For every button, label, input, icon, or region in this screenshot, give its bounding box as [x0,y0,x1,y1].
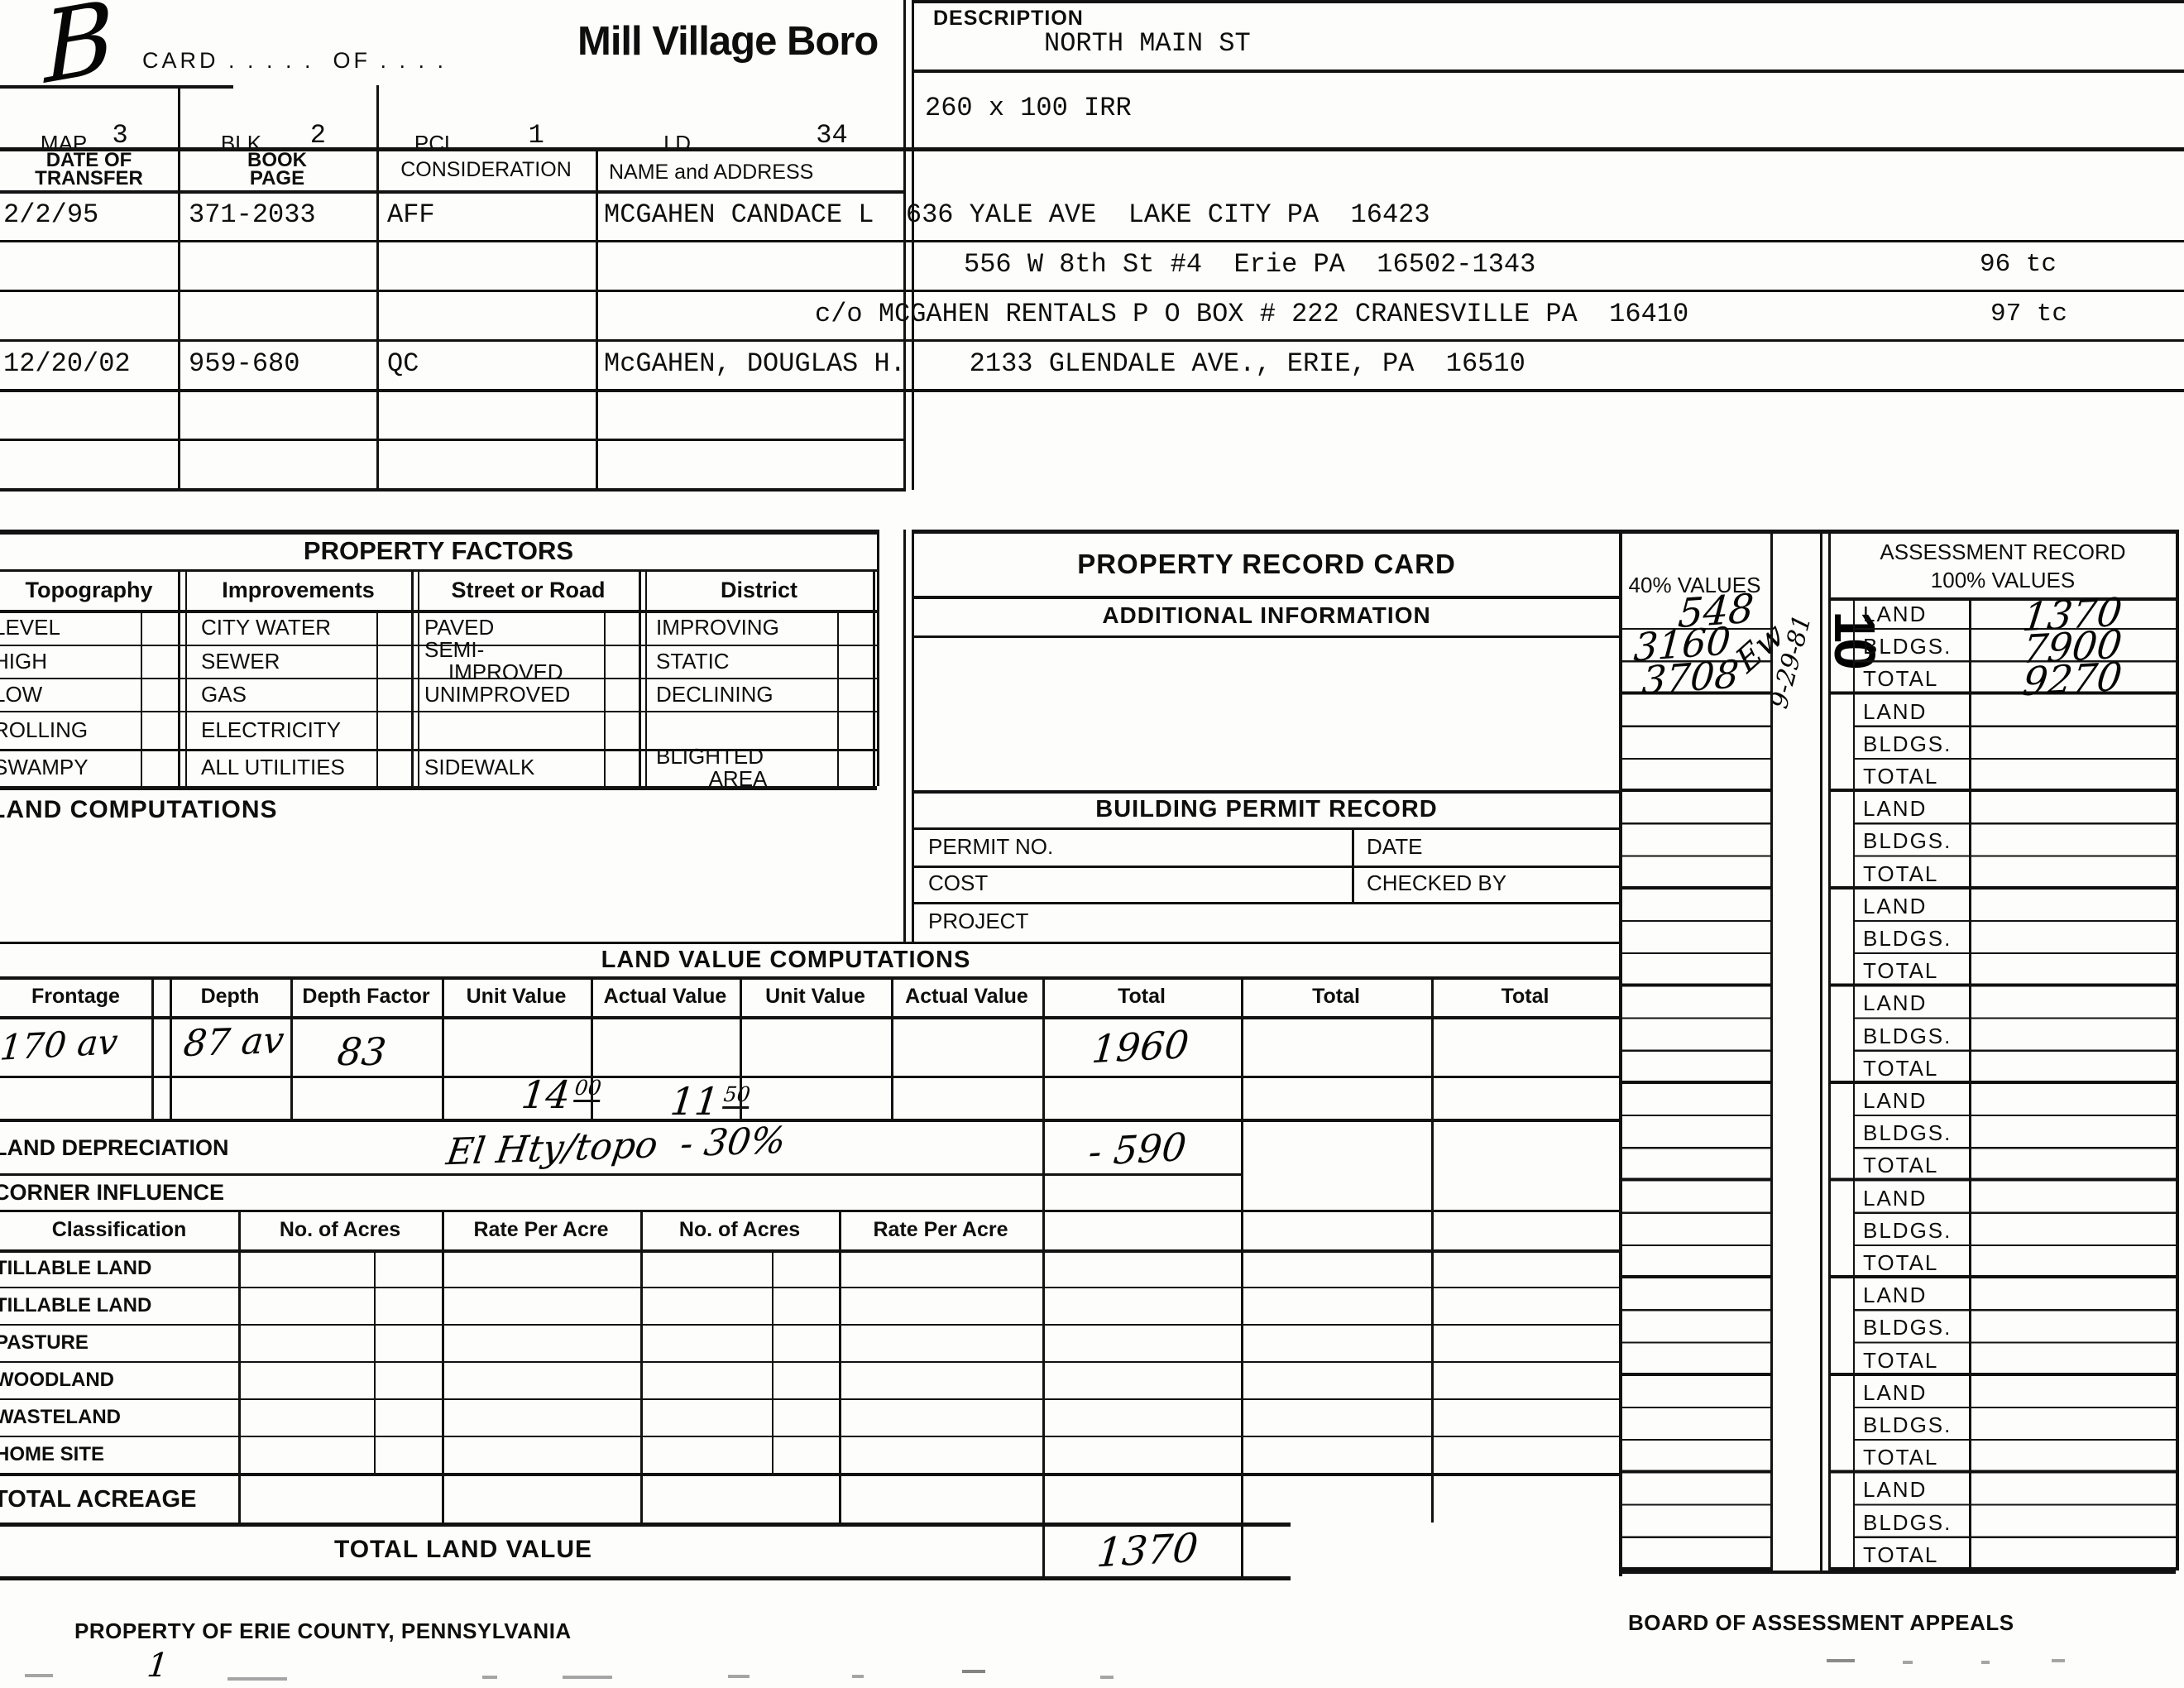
handwritten-card-letter: B [41,0,116,106]
grid-line [1820,530,1822,1571]
grid-line [914,827,1619,830]
assessment-label-total: TOTAL [1863,1052,1971,1084]
transfer-book-page [189,439,372,488]
grid-line [0,530,877,535]
id-value: 34 [816,120,847,151]
transfer-consideration: QC [387,339,590,389]
grid-line [604,610,606,786]
transfer-book-page: 371-2033 [189,190,372,240]
grid-line [912,530,914,942]
factor-item-topography-1: HIGH [0,645,138,678]
grid-line [0,1436,1619,1437]
transfer-date: 12/20/02 [3,339,173,389]
assessment-label-land: LAND [1863,1473,1971,1505]
land-computations-label: LAND COMPUTATIONS [0,796,278,824]
grid-line [0,1076,1619,1078]
grid-line [914,635,1619,638]
grid-line [185,569,187,786]
factor-item-improvements-0: CITY WATER [201,610,375,645]
assessment-label-total: TOTAL [1863,662,1971,694]
land-value-col-header: Depth [170,976,290,1016]
classification-row-label: TILLABLE LAND [0,1287,151,1324]
grid-line [0,942,1619,944]
assessment-label-land: LAND [1863,792,1971,824]
transfer-name-address: c/o MCGAHEN RENTALS P O BOX # 222 CRANES… [815,290,1688,339]
grid-line [839,1210,841,1523]
factor-item-district-4: BLIGHTED AREA [656,749,836,786]
footer-written-number: 1 [146,1647,170,1685]
transfer-header-consideration: CONSIDERATION [376,149,596,190]
grid-line [914,866,1619,868]
assessment-label-bldgs: BLDGS. [1863,922,1971,954]
grid-line [238,1210,241,1523]
transfer-book-page [189,389,372,439]
land-value-col-header: Total [1042,976,1241,1016]
assessment-label-land: LAND [1863,1278,1971,1311]
classification-row-label: WOODLAND [0,1361,114,1398]
transfer-consideration [387,389,590,439]
grid-line [0,1398,1619,1400]
factor-item-street-2: UNIMPROVED [424,678,602,711]
grid-line [141,610,142,786]
depth-factor-value: 83 [335,1029,388,1074]
assessment-label-total: TOTAL [1863,1538,1971,1571]
unit-value-main: 14 [520,1072,572,1117]
transfer-consideration [387,240,590,290]
grid-line [374,1249,376,1473]
record-card-title: PROPERTY RECORD CARD [914,536,1619,592]
factor-item-topography-4: SWAMPY [0,749,138,786]
scan-noise [1981,1661,1990,1664]
classification-row-label: HOME SITE [0,1436,104,1473]
total-land-value-label: TOTAL LAND VALUE [207,1529,720,1571]
grid-line [442,1210,444,1523]
description-label: DESCRIPTION [933,7,1084,31]
land-value-col-header: Depth Factor [290,976,442,1016]
transfer-name-address: 556 W 8th St #4 Erie PA 16502-1343 [964,240,1535,290]
grid-line [1042,976,1045,1576]
transfer-book-page [189,290,372,339]
grid-line [0,1249,1619,1253]
grid-line [0,569,877,572]
land-value-col-header: Unit Value [740,976,891,1016]
grid-line [178,569,180,786]
footer-right: BOARD OF ASSESSMENT APPEALS [1628,1610,2014,1636]
classification-row-label: WASTELAND [0,1398,121,1436]
assessment-header-2: 100% VALUES [1830,568,2176,592]
transfer-date [3,389,173,439]
frontage-value: 170 av [0,1021,119,1068]
grid-line [914,70,2184,73]
grid-line [837,610,839,786]
grid-line [914,790,1619,794]
tax-claim-note: 97 tc [1990,290,2067,339]
total-acreage-label: TOTAL ACREAGE [0,1486,196,1513]
actual-value-main: 11 [668,1079,721,1124]
grid-line [0,1287,1619,1288]
transfer-date [3,290,173,339]
classification-col-header: No. of Acres [640,1210,839,1249]
factors-col-district: District [645,571,873,610]
property-factors-title: PROPERTY FACTORS [0,533,877,569]
grid-line [1619,1571,2176,1574]
grid-line [0,1361,1619,1363]
land-value-col-header: Actual Value [891,976,1042,1016]
tax-claim-note: 96 tc [1980,240,2057,290]
factor-item-district-1: STATIC [656,645,836,678]
grid-line [376,610,378,786]
assessment-label-land: LAND [1863,1376,1971,1408]
values-40-group-lines [1619,597,1770,1571]
transfer-consideration: AFF [387,190,590,240]
footer-left: PROPERTY OF ERIE COUNTY, PENNSYLVANIA [74,1618,572,1644]
assessment-label-total: TOTAL [1863,1441,1971,1473]
assessment-label-land: LAND [1863,986,1971,1019]
transfer-book-page [189,240,372,290]
grid-line [903,530,906,942]
grid-line [2176,530,2179,1571]
scan-noise [1827,1659,1855,1662]
actual-value-sup: 50 [722,1082,751,1109]
total-land-value: 1370 [1095,1525,1200,1577]
classification-col-header: Classification [0,1210,238,1249]
land-value-title: LAND VALUE COMPUTATIONS [480,945,1092,975]
grid-line [0,1324,1619,1326]
land-value-col-header: Actual Value [591,976,740,1016]
factor-item-street-4: SIDEWALK [424,749,602,786]
grid-line [411,569,414,786]
assessment-label-bldgs: BLDGS. [1863,1019,1971,1052]
grid-line [151,976,154,1119]
boro-title: Mill Village Boro [577,18,878,65]
additional-info-label: ADDITIONAL INFORMATION [914,597,1619,634]
classification-col-header: No. of Acres [238,1210,442,1249]
pcl-value: 1 [529,120,544,151]
scan-noise [728,1675,750,1678]
project-label: PROJECT [928,909,1028,934]
scan-noise [482,1676,497,1679]
transfer-book-page: 959-680 [189,339,372,389]
assessment-label-bldgs: BLDGS. [1863,1311,1971,1343]
transfer-consideration [387,439,590,488]
assessment-label-land: LAND [1863,890,1971,922]
grid-line [914,530,2176,534]
depreciation-amount: - 590 [1087,1125,1189,1174]
factor-item-topography-3: ROLLING [0,711,138,749]
grid-line [0,1473,1619,1476]
classification-row-label: PASTURE [0,1324,89,1361]
classification-col-header: Rate Per Acre [839,1210,1042,1249]
grid-line [873,569,875,786]
grid-line [772,1249,773,1473]
map-value: 3 [112,120,127,151]
grid-line [1241,976,1243,1576]
transfer-name-address: McGAHEN, DOUGLAS H. 2133 GLENDALE AVE., … [604,339,1525,389]
classification-col-header: Rate Per Acre [442,1210,640,1249]
corner-influence-label: CORNER INFLUENCE [0,1180,224,1206]
scan-noise [25,1674,53,1677]
assessment-label-land: LAND [1863,1182,1971,1214]
checked-by-label: CHECKED BY [1367,870,1506,896]
transfer-date [3,439,173,488]
factor-item-improvements-2: GAS [201,678,375,711]
description-value: NORTH MAIN ST [1044,28,1251,59]
assessment-label-total: TOTAL [1863,1344,1971,1376]
assessment-header-1: ASSESSMENT RECORD [1830,539,2176,564]
grid-line [914,0,2184,3]
assessment-label-bldgs: BLDGS. [1863,727,1971,760]
grid-line [0,1016,1619,1019]
scan-noise [1100,1676,1114,1679]
land-depreciation-label: LAND DEPRECIATION [0,1135,229,1161]
factor-item-district-2: DECLINING [656,678,836,711]
building-permit-title: BUILDING PERMIT RECORD [914,792,1619,827]
land-row-total: 1960 [1090,1022,1191,1072]
assessment-label-total: TOTAL [1863,1149,1971,1181]
grid-line [639,569,641,786]
id-dots: . . . . . [702,131,807,156]
factor-item-district-0: IMPROVING [656,610,836,645]
grid-line [912,0,914,490]
permit-no-label: PERMIT NO. [928,834,1053,860]
transfer-header-date2: TRANSFER [0,169,178,189]
assessment-label-land: LAND [1863,597,1971,630]
transfer-header-name: NAME and ADDRESS [609,161,813,185]
factors-col-street: Street or Road [418,571,639,610]
grid-line [0,488,906,492]
grid-line [596,147,598,488]
assessment-label-total: TOTAL [1863,1246,1971,1278]
grid-line [0,85,233,89]
grid-line [0,1173,1241,1176]
assessment-label-bldgs: BLDGS. [1863,1408,1971,1441]
scan-noise [2052,1659,2065,1662]
scan-noise [1903,1661,1913,1664]
factor-item-improvements-1: SEWER [201,645,375,678]
assessment-label-land: LAND [1863,695,1971,727]
grid-line [903,0,906,490]
factor-item-street-3 [424,711,602,749]
card-of-label: CARD . . . . . OF . . . . [142,48,447,74]
grid-line [0,147,2184,151]
transfer-date: 2/2/95 [3,190,173,240]
grid-line [914,596,1619,599]
scan-noise [227,1677,287,1681]
grid-line [178,85,180,488]
assessment-label-bldgs: BLDGS. [1863,1214,1971,1246]
assessment-label-bldgs: BLDGS. [1863,824,1971,856]
transfer-date [3,240,173,290]
grid-line [640,1210,643,1523]
assessment-label-total: TOTAL [1863,857,1971,890]
factor-item-street-1: SEMI- IMPROVED [424,645,602,678]
permit-date-label: DATE [1367,834,1422,860]
unit-value-sup: 00 [573,1076,602,1102]
assessment-label-bldgs: BLDGS. [1863,630,1971,662]
grid-line [0,1119,1619,1122]
grid-line [1619,530,1622,1576]
assessment-label-total: TOTAL [1863,760,1971,792]
grid-line [1431,976,1434,1523]
values-40-entry: 3708 [1628,651,1740,704]
assessment-label-land: LAND [1863,1084,1971,1116]
factor-item-topography-2: LOW [0,678,138,711]
factor-item-improvements-3: ELECTRICITY [201,711,375,749]
land-value-col-header: Frontage [0,976,151,1016]
classification-row-label: TILLABLE LAND [0,1249,151,1287]
depth-value: 87 av [181,1019,285,1065]
scan-noise [962,1670,985,1673]
blk-value: 2 [310,120,326,151]
grid-line [1352,827,1354,902]
assessment-label-bldgs: BLDGS. [1863,1506,1971,1538]
grid-line [1853,597,1855,1571]
grid-line [376,85,379,488]
grid-line [0,1576,1291,1580]
grid-line [0,1523,1291,1527]
land-value-col-header: Total [1241,976,1431,1016]
id-label: I.D. [663,131,697,156]
grid-line [1770,530,1773,1571]
scan-noise [852,1675,864,1678]
factor-item-topography-0: LEVEL [0,610,138,645]
transfer-name-address: MCGAHEN CANDACE L 636 YALE AVE LAKE CITY… [604,190,1430,240]
grid-line [914,902,1619,904]
scan-noise [563,1676,612,1679]
property-record-card-scan: B CARD . . . . . OF . . . . Mill Village… [0,0,2184,1688]
transfer-consideration [387,290,590,339]
assessment-label-bldgs: BLDGS. [1863,1116,1971,1149]
grid-line [418,569,419,786]
factor-item-improvements-4: ALL UTILITIES [201,749,375,786]
cost-label: COST [928,870,988,896]
grid-line [645,569,647,786]
factors-col-improvements: Improvements [185,571,411,610]
id-dots-after: . . . . [856,131,939,156]
grid-line [877,530,879,786]
grid-line [1828,530,1831,1571]
factors-col-topography: Topography [0,571,178,610]
land-value-col-header: Unit Value [442,976,591,1016]
land-value-col-header: Total [1431,976,1619,1016]
assessment-label-total: TOTAL [1863,954,1971,986]
transfer-header-page: PAGE [178,169,376,189]
lot-dimensions: 260 x 100 IRR [925,93,1132,123]
